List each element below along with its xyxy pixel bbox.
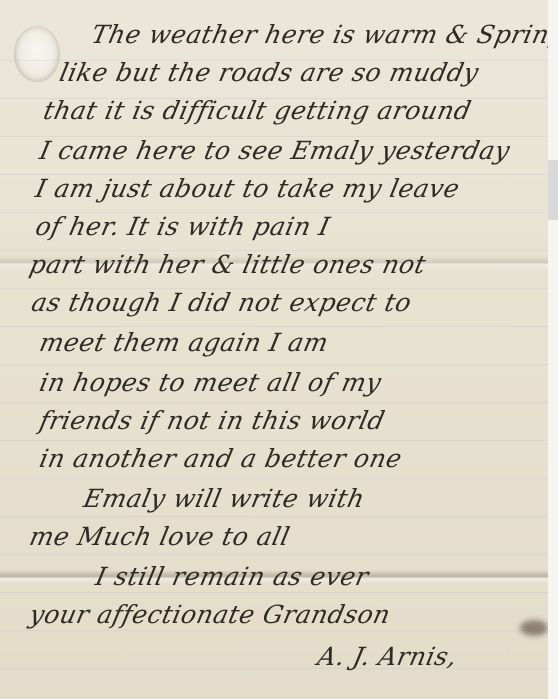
letter-page: The weather here is warm & Spring like b… xyxy=(0,0,548,699)
ruled-line xyxy=(0,592,548,593)
ruled-line xyxy=(0,478,548,479)
letter-line: part with her & little ones not xyxy=(27,250,429,279)
ruled-line xyxy=(0,326,548,327)
signature: A. J. Arnis, xyxy=(315,642,460,671)
ruled-line xyxy=(0,630,548,631)
letter-line: The weather here is warm & Spring xyxy=(89,20,548,49)
letter-line: in hopes to meet all of my xyxy=(37,368,384,397)
letter-line: your affectionate Grandson xyxy=(27,600,393,629)
letter-line: in another and a better one xyxy=(37,444,405,473)
ruled-line xyxy=(0,516,548,517)
page-edge-shadow xyxy=(548,160,558,220)
ink-stain xyxy=(520,620,548,636)
ruled-line xyxy=(0,668,548,669)
ruled-line xyxy=(0,554,548,555)
letter-line: I still remain as ever xyxy=(93,562,372,591)
letter-line: I came here to see Emaly yesterday xyxy=(37,136,513,165)
letter-line: meet them again I am xyxy=(37,328,331,357)
letter-line: I am just about to take my leave xyxy=(33,174,463,203)
ruled-line xyxy=(0,440,548,441)
page-edge xyxy=(548,0,558,699)
letter-line: that it is difficult getting around xyxy=(41,96,474,125)
letter-line: Emaly will write with xyxy=(81,484,368,513)
embossed-seal xyxy=(14,26,60,82)
ruled-line xyxy=(0,402,548,403)
letter-line: as though I did not expect to xyxy=(29,288,414,317)
letter-line: like but the roads are so muddy xyxy=(57,58,482,87)
letter-line: me Much love to all xyxy=(27,522,293,551)
ruled-line xyxy=(0,364,548,365)
letter-line: friends if not in this world xyxy=(37,406,388,435)
letter-line: of her. It is with pain I xyxy=(33,212,333,241)
